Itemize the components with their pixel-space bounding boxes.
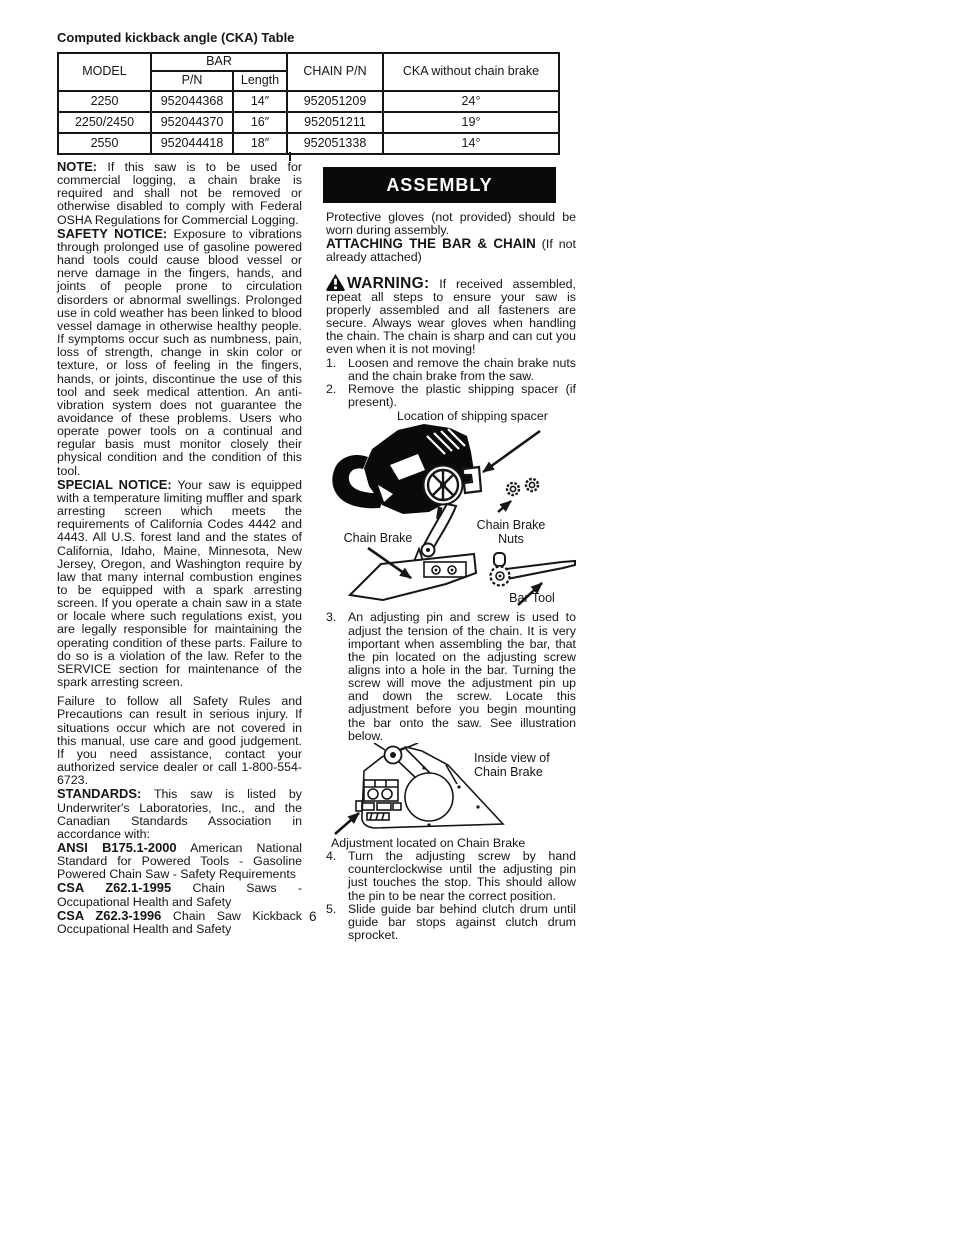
figure1-caption: Location of shipping spacer [326,410,576,423]
left-text-column: NOTE: If this saw is to be used for comm… [57,160,302,936]
table-title: Computed kickback angle (CKA) Table [57,30,294,45]
special-notice-label: SPECIAL NOTICE: [57,477,172,492]
cell-cka: 19° [383,112,559,133]
note-paragraph: NOTE: If this saw is to be used for comm… [57,160,302,227]
figure1-art [326,423,576,611]
cell-cka: 24° [383,91,559,112]
failure-paragraph: Failure to follow all Safety Rules and P… [57,695,302,787]
cell-bar-pn: 952044368 [151,91,233,112]
step-3: 3.An adjusting pin and screw is used to … [326,611,576,743]
col-header-model: MODEL [58,53,151,91]
cell-length: 14″ [233,91,287,112]
gloves-paragraph: Protective gloves (not provided) should … [326,211,576,237]
chain-brake-nuts-label: Chain Brake Nuts [466,519,556,546]
special-notice-paragraph: SPECIAL NOTICE: Your saw is equipped wit… [57,478,302,690]
csa1-label: CSA Z62.1-1995 [57,880,171,895]
cell-chain-pn: 952051211 [287,112,383,133]
cell-length: 16″ [233,112,287,133]
cell-model: 2550 [58,133,151,154]
adjustment-arrow-icon [335,813,359,834]
cell-chain-pn: 952051338 [287,133,383,154]
csa3-label: CSA Z62.3-1996 [57,908,161,923]
shipping-spacer-arrow-icon [483,431,540,472]
col-header-bar: BAR [151,53,287,71]
manual-page: Computed kickback angle (CKA) Table MODE… [0,0,954,1235]
ansi-standard: ANSI B175.1-2000 American National Stand… [57,841,302,881]
cell-bar-pn: 952044370 [151,112,233,133]
table-row: 2250/2450 952044370 16″ 952051211 19° [58,112,559,133]
chainsaw-illustration [332,424,481,519]
step-4: 4.Turn the adjusting screw by hand count… [326,850,576,903]
assembly-banner: ASSEMBLY [323,167,556,203]
cell-chain-pn: 952051209 [287,91,383,112]
bar-tool-illustration [491,553,576,586]
warning-triangle-icon [326,274,345,291]
bar-tool-label: Bar Tool [488,592,576,606]
table-row: 2550 952044418 18″ 952051338 14° [58,133,559,154]
figure-bar-chain-parts: Chain Brake Nuts Chain Brake Bar Tool [326,423,576,611]
chain-brake-label: Chain Brake [336,532,420,546]
cka-table: MODEL BAR CHAIN P/N CKA without chain br… [57,52,560,155]
table-row: 2250 952044368 14″ 952051209 24° [58,91,559,112]
attaching-heading: ATTACHING THE BAR & CHAIN (If not alread… [326,237,576,264]
cell-model: 2250/2450 [58,112,151,133]
step-2: 2.Remove the plastic shipping spacer (if… [326,383,576,409]
cell-cka: 14° [383,133,559,154]
safety-notice-label: SAFETY NOTICE: [57,226,167,241]
cell-length: 18″ [233,133,287,154]
safety-notice-paragraph: SAFETY NOTICE: Exposure to vibrations th… [57,227,302,478]
step-1: 1.Loosen and remove the chain brake nuts… [326,357,576,383]
col-header-length: Length [233,71,287,91]
cell-bar-pn: 952044418 [151,133,233,154]
chain-brake-nuts-illustration [507,479,538,495]
csa3-standard: CSA Z62.3-1996 Chain Saw Kickback Occupa… [57,909,302,936]
cell-model: 2250 [58,91,151,112]
standards-label: STANDARDS: [57,786,141,801]
chain-brake-illustration [350,504,476,600]
nuts-arrow-icon [498,501,511,512]
col-header-chain-pn: CHAIN P/N [287,53,383,91]
inside-view-label: Inside view of Chain Brake [474,751,574,779]
col-header-pn: P/N [151,71,233,91]
attaching-label: ATTACHING THE BAR & CHAIN [326,236,536,251]
standards-paragraph: STANDARDS: This saw is listed by Underwr… [57,787,302,841]
figure-inside-chain-brake: Inside view of Chain Brake [326,743,576,836]
ansi-label: ANSI B175.1-2000 [57,840,177,855]
warning-paragraph: WARNING: If received assembled, repeat a… [326,274,576,357]
csa1-standard: CSA Z62.1-1995 Chain Saws - Occupational… [57,881,302,908]
step-5: 5.Slide guide bar behind clutch drum unt… [326,903,576,942]
right-text-column: ASSEMBLY Protective gloves (not provided… [326,160,576,942]
note-label: NOTE: [57,159,97,174]
page-number: 6 [309,909,317,924]
col-header-cka: CKA without chain brake [383,53,559,91]
